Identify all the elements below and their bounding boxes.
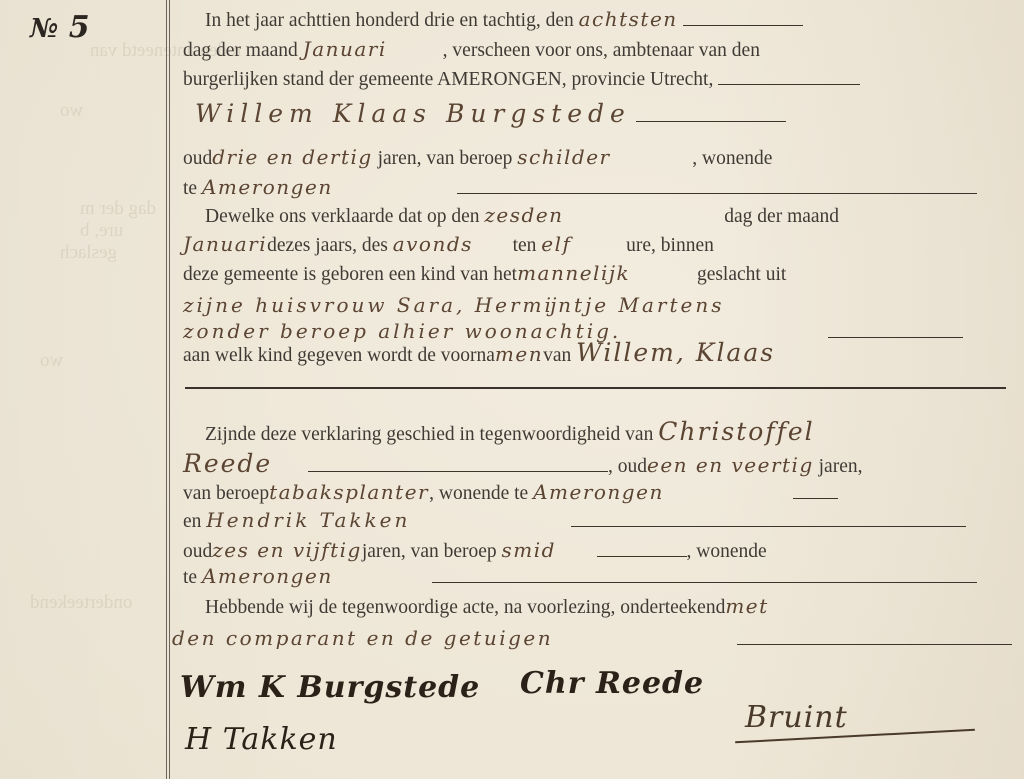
text-line-16: en Hendrik Takken [183,505,1006,535]
bleedthrough-text: ure, b [80,220,123,242]
handwritten-time-of-day: avonds [393,229,508,259]
handwritten-witness2-residence: Amerongen [202,561,427,591]
birth-certificate-page: n den anteneetd van wo dag der m ure, b … [0,0,1024,779]
bleedthrough-text: wo [60,100,83,122]
handwritten-mother: zijne huisvrouw Sara, Hermĳntje Martens [183,293,724,317]
handwritten-age: drie en dertig [212,145,372,169]
text-line-19: Hebbende wij de tegenwoordige acte, na v… [205,591,1006,621]
text-line-8: Januaridezes jaars, des avonds ten elf u… [183,229,1006,259]
handwritten-child-names: Willem, Klaas [576,338,775,367]
bleedthrough-text: dag der m [80,198,156,220]
section-divider [185,387,1006,389]
text-line-12: aan welk kind gegeven wordt de voornamen… [183,338,1006,368]
signature-witness1: Chr Reede [520,666,704,701]
handwritten-closing: den comparant en de getuigen [172,623,732,653]
text-line-14: Reede, oudeen en veertig jaren, [183,449,1006,479]
text-line-20: den comparant en de getuigen [172,623,1006,653]
text-line-4: Willem Klaas Burgstede [195,99,1006,129]
text-line-3: burgerlijken stand der gemeente AMERONGE… [183,64,1006,94]
text-line-1: In het jaar achttien honderd drie en tac… [205,4,1006,34]
text-line-15: van beroeptabaksplanter, wonende te Amer… [183,477,1006,507]
signature-father: Wm K Burgstede [180,670,480,705]
text-line-5: ouddrie en dertig jaren, van beroep schi… [183,142,1006,172]
handwritten-witness2-age: zes en vijftig [212,538,362,562]
handwritten-witness1-occupation: tabaksplanter [269,480,429,504]
text-line-2: dag der maand Januari, verscheen voor on… [183,34,1006,64]
handwritten-witness2-name: Hendrik Takken [206,505,566,535]
text-line-18: te Amerongen [183,561,1006,591]
handwritten-occupation: schilder [517,142,692,172]
bleedthrough-text: wo [40,350,63,372]
bleedthrough-text: geslach [60,242,117,264]
handwritten-witness1-first: Christoffel [658,417,814,446]
bleedthrough-text: onderteekend [30,592,132,614]
text-line-13: Zijnde deze verklaring geschied in tegen… [205,417,1006,447]
handwritten-birth-day: zesden [484,200,719,230]
margin-rule [169,0,170,779]
certificate-number: № 5 [30,10,90,45]
handwritten-witness1-residence: Amerongen [533,477,788,507]
handwritten-sex: mannelijk [517,258,692,288]
handwritten-month: Januari [303,34,443,64]
text-line-9: deze gemeente is geboren een kind van he… [183,258,1006,288]
handwritten-witness1-age: een en veertig [647,453,814,477]
handwritten-birth-month: Januari [183,232,267,256]
text-line-7: Dewelke ons verklaarde dat op den zesden… [205,200,1006,230]
handwritten-day: achtsten [579,7,678,31]
handwritten-declarant-name: Willem Klaas Burgstede [195,99,631,128]
text-line-6: te Amerongen [183,172,1006,202]
margin-rule [166,0,167,779]
handwritten-hour: elf [541,229,621,259]
handwritten-witness1-last: Reede [183,449,308,479]
signature-witness2: H Takken [185,722,338,757]
handwritten-residence: Amerongen [202,172,452,202]
signature-official: Bruint [745,700,848,735]
